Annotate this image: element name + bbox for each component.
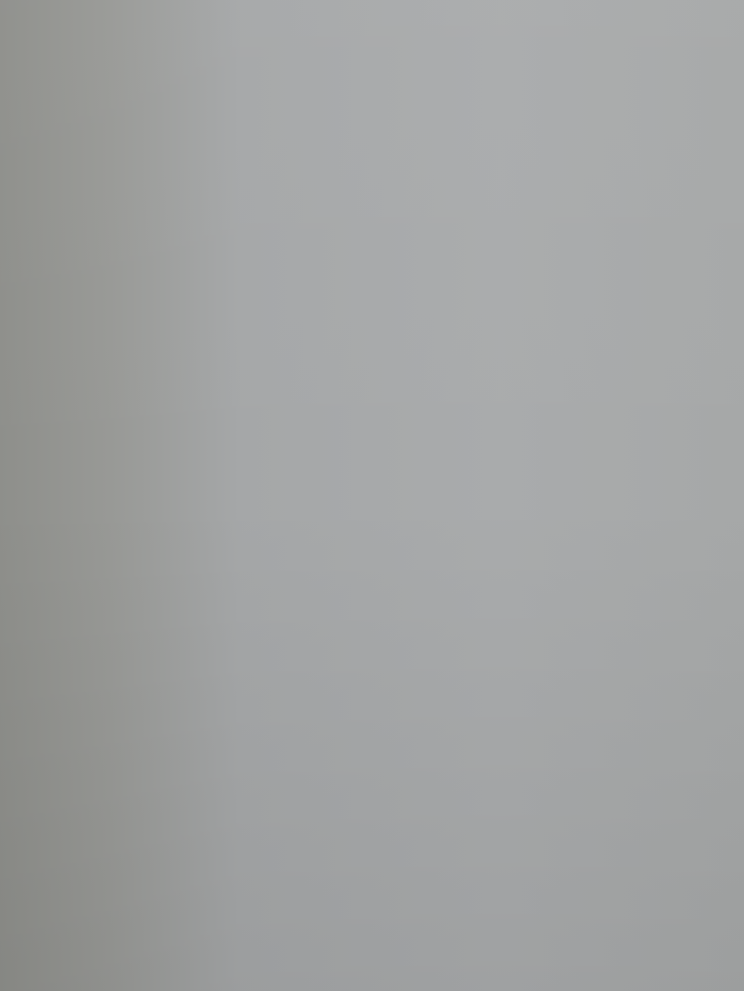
page-shading [0,0,744,991]
